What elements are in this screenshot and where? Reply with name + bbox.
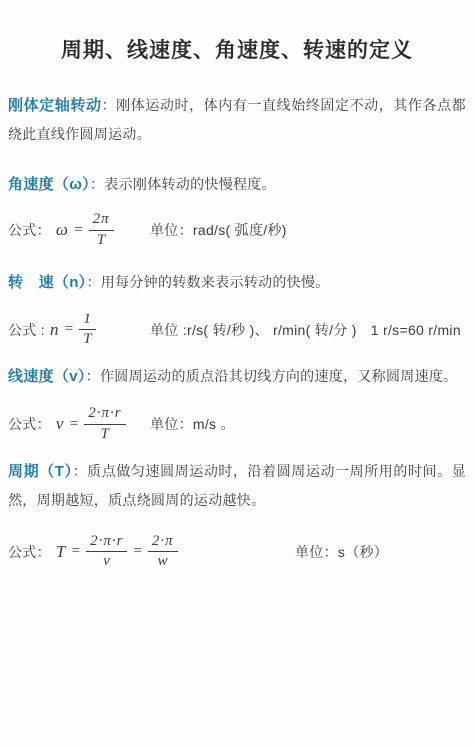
- fraction: 2·π w: [148, 534, 178, 571]
- fraction-numerator: 2·π·r: [86, 534, 127, 553]
- fraction-denominator: T: [79, 330, 96, 348]
- fraction: 1 T: [79, 312, 96, 349]
- rotational-speed-heading: 转 速（n）: [8, 274, 86, 291]
- fraction: 2π T: [89, 212, 114, 249]
- fraction: 2·π·r T: [84, 406, 125, 443]
- formula-math: ω = 2π T: [56, 212, 114, 249]
- section-rigid-body-rotation: 刚体定轴转动：刚体运动时，体内有一直线始终固定不动，其作各点都绕此直线作圆周运动…: [8, 91, 466, 148]
- formula-math: v = 2·π·r T: [56, 406, 126, 443]
- rotational-speed-formula-row: 公式 : n = 1 T 单位 : r/s( 转/秒 )、 r/min( 转/分…: [8, 312, 466, 349]
- angular-velocity-formula: 公式： ω = 2π T: [8, 212, 150, 249]
- angular-velocity-definition-text: 表示刚体转动的快慢程度。: [104, 176, 276, 192]
- heading-colon: ：: [86, 368, 100, 384]
- angular-velocity-formula-row: 公式： ω = 2π T 单位： rad/s( 弧度/秒): [8, 212, 466, 249]
- fraction-denominator: w: [154, 552, 172, 570]
- unit-value: rad/s( 弧度/秒): [193, 220, 287, 240]
- formula-math: n = 1 T: [50, 312, 96, 349]
- section-rotational-speed: 转 速（n）：用每分钟的转数来表示转动的快慢。: [8, 268, 466, 297]
- fraction-denominator: v: [99, 552, 114, 570]
- formula-lhs: T: [56, 542, 66, 562]
- formula-label: 公式 :: [8, 320, 45, 340]
- fraction-numerator: 2·π·r: [84, 406, 125, 425]
- linear-velocity-formula: 公式： v = 2·π·r T: [8, 406, 150, 443]
- linear-velocity-definition-text: 作圆周运动的质点沿其切线方向的速度，又称圆周速度。: [100, 368, 458, 384]
- section-linear-velocity: 线速度（v）：作圆周运动的质点沿其切线方向的速度，又称圆周速度。: [8, 362, 466, 391]
- period-formula: 公式： T = 2·π·r v = 2·π w: [8, 534, 295, 571]
- heading-colon: ：: [90, 176, 104, 192]
- formula-math: T = 2·π·r v = 2·π w: [56, 534, 178, 571]
- formula-label: 公式：: [8, 542, 51, 562]
- equals-sign: =: [64, 321, 74, 338]
- equals-sign: =: [73, 222, 83, 239]
- linear-velocity-formula-row: 公式： v = 2·π·r T 单位： m/s 。: [8, 406, 466, 443]
- rigid-body-heading: 刚体定轴转动: [8, 97, 102, 114]
- formula-lhs: v: [56, 414, 64, 434]
- unit-value: r/s( 转/秒 )、 r/min( 转/分 ): [187, 320, 357, 340]
- unit-label: 单位：: [295, 542, 338, 562]
- fraction-denominator: T: [93, 231, 110, 249]
- equals-sign: =: [132, 543, 142, 560]
- fraction-numerator: 2·π: [148, 534, 178, 553]
- unit-label: 单位：: [150, 414, 193, 434]
- formula-label: 公式：: [8, 220, 51, 240]
- fraction-denominator: T: [97, 425, 114, 443]
- rotational-speed-formula: 公式 : n = 1 T: [8, 312, 150, 349]
- linear-velocity-heading: 线速度（v）: [8, 368, 86, 385]
- period-formula-row: 公式： T = 2·π·r v = 2·π w 单位： s（秒）: [8, 534, 466, 571]
- fraction-numerator: 1: [79, 312, 96, 331]
- period-heading: 周期（T）: [8, 463, 73, 480]
- heading-colon: ：: [86, 274, 100, 290]
- unit-conversion-note: 1 r/s=60 r/min: [371, 322, 461, 338]
- unit-value: s（秒）: [338, 542, 388, 562]
- heading-colon: ：: [102, 97, 117, 113]
- unit-label: 单位：: [150, 220, 193, 240]
- formula-lhs: ω: [56, 220, 68, 240]
- rotational-speed-definition-text: 用每分钟的转数来表示转动的快慢。: [101, 274, 330, 290]
- heading-colon: ：: [73, 463, 88, 479]
- fraction: 2·π·r v: [86, 534, 127, 571]
- equals-sign: =: [69, 416, 79, 433]
- formula-label: 公式：: [8, 414, 51, 434]
- fraction-numerator: 2π: [89, 212, 114, 231]
- page-title: 周期、线速度、角速度、转速的定义: [0, 0, 474, 66]
- unit-value: m/s 。: [193, 414, 235, 434]
- document-page: 周期、线速度、角速度、转速的定义 刚体定轴转动：刚体运动时，体内有一直线始终固定…: [0, 0, 474, 749]
- section-period: 周期（T）：质点做匀速圆周运动时，沿着圆周运动一周所用的时间。显然，周期越短，质…: [8, 457, 466, 514]
- equals-sign: =: [71, 543, 81, 560]
- angular-velocity-heading: 角速度（ω）: [8, 176, 90, 193]
- formula-lhs: n: [50, 320, 59, 340]
- section-angular-velocity: 角速度（ω）：表示刚体转动的快慢程度。: [8, 170, 466, 199]
- unit-label: 单位 :: [150, 320, 187, 340]
